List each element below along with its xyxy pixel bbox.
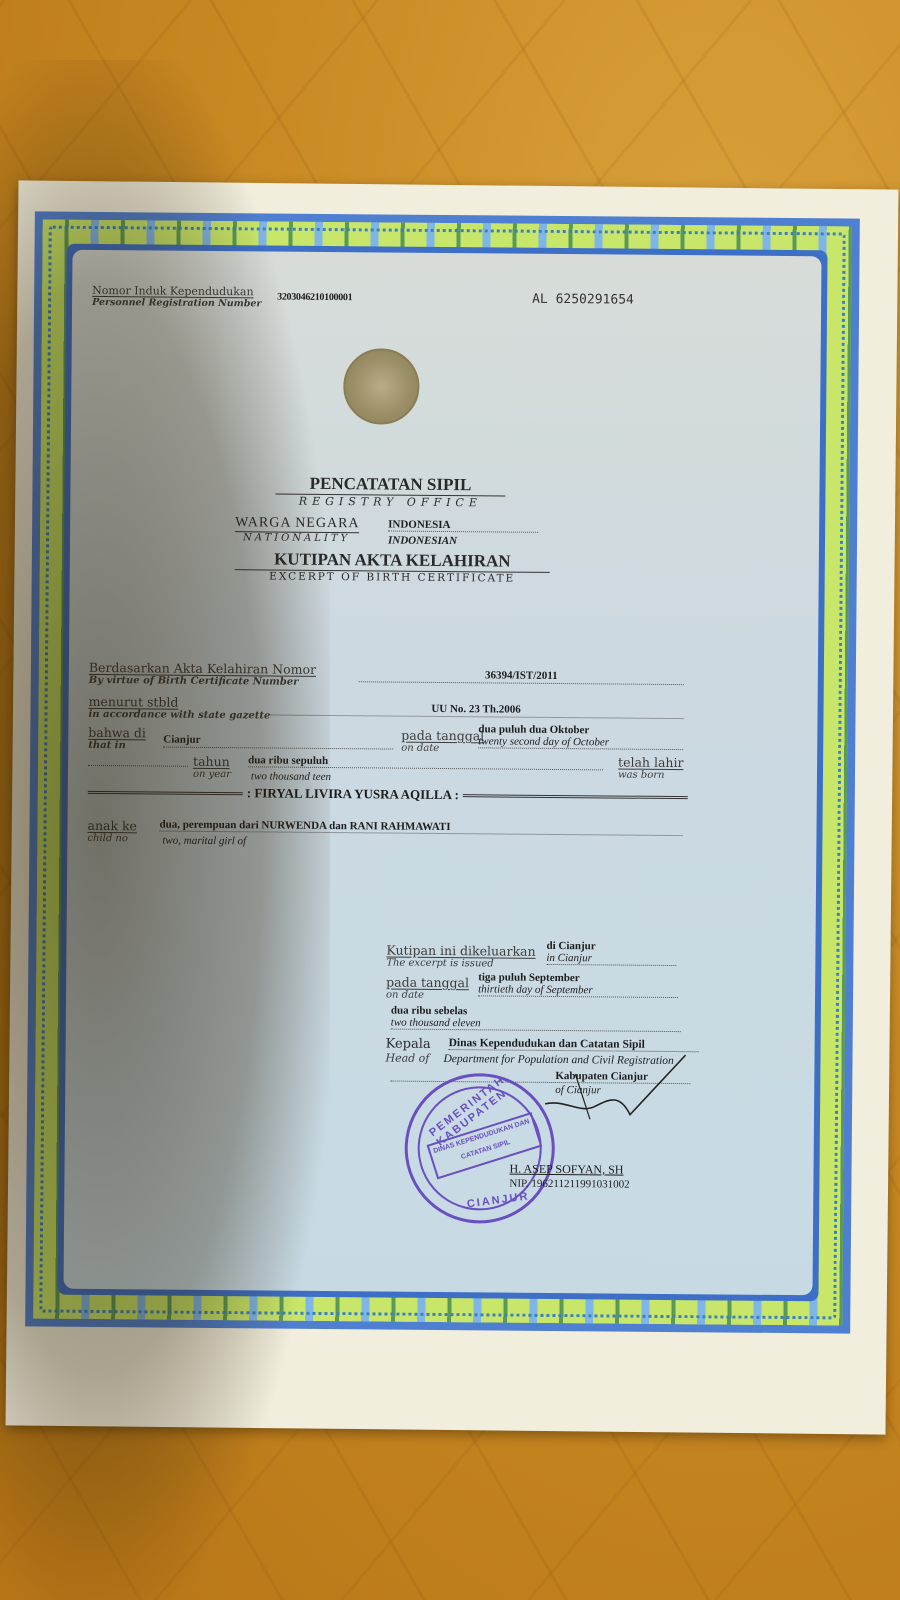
official-name: H. ASEP SOFYAN, SH <box>509 1162 623 1178</box>
issue-date-label-en: on date <box>386 990 469 1002</box>
birth-certificate: Nomor Induk Kependudukan Personnel Regis… <box>63 250 821 1295</box>
child-order-label: anak ke <box>87 818 137 833</box>
ornamental-border: Nomor Induk Kependudukan Personnel Regis… <box>33 219 852 1325</box>
certificate-border: Nomor Induk Kependudukan Personnel Regis… <box>25 211 860 1333</box>
born-label: telah lahir <box>618 755 684 771</box>
gazette-value: UU No. 23 Th.2006 <box>431 703 520 716</box>
child-order-label-en: child no <box>87 833 137 844</box>
nik-value: 3203046210100001 <box>277 292 352 304</box>
birthyear-value-en: two thousand teen <box>251 770 331 783</box>
cert-number-value: 36394/IST/2011 <box>485 669 558 682</box>
nationality-value-en: INDONESIAN <box>388 535 457 548</box>
birthplace-label-en: that in <box>88 740 146 752</box>
birthyear-label: tahun <box>193 754 231 769</box>
born-label-en: was born <box>618 770 683 782</box>
birthplace-label: bahwa di <box>88 725 146 741</box>
head-label: Kepala <box>386 1037 431 1052</box>
serial-number: AL 6250291654 <box>532 292 634 308</box>
nationality-label-en: NATIONALITY <box>235 532 359 544</box>
nationality-label: WARGA NEGARA <box>235 515 360 533</box>
gazette-label-en: in accordance with state gazette <box>88 709 270 722</box>
issued-label: Kutipan ini dikeluarkan <box>386 943 535 959</box>
document-title: KUTIPAN AKTA KELAHIRAN <box>235 549 550 573</box>
official-nip: NIP. 196211211991031002 <box>509 1178 629 1191</box>
birthyear-label-en: on year <box>193 769 231 780</box>
gazette-label: menurut stbld <box>89 694 271 711</box>
birthyear-value: dua ribu sepuluh <box>248 754 603 769</box>
garuda-emblem-icon <box>343 348 420 425</box>
office-title-en: REGISTRY OFFICE <box>275 495 505 510</box>
issued-place-en: in Cianjur <box>546 952 676 965</box>
issued-place: di Cianjur <box>546 940 676 953</box>
birthplace-value: Cianjur <box>163 734 200 746</box>
birthdate-label-en: on date <box>401 743 484 755</box>
office-title: PENCATATAN SIPIL <box>275 474 505 497</box>
head-label-en: Head of <box>385 1052 430 1065</box>
issue-year-value-en: two thousand eleven <box>391 1017 681 1032</box>
child-order-value: dua, perempuan dari NURWENDA dan RANI RA… <box>159 819 682 836</box>
issued-label-en: The excerpt is issued <box>386 958 535 970</box>
nationality-value: INDONESIA <box>388 519 538 532</box>
birthdate-value-en: twenty second day of October <box>478 735 683 749</box>
nik-label-en: Personnel Registration Number <box>92 297 261 309</box>
issue-date-label: pada tanggal <box>386 975 469 991</box>
birthdate-label: pada tanggal <box>401 728 484 744</box>
child-order-value-en: two, marital girl of <box>162 835 246 848</box>
issue-date-value-en: thirtieth day of September <box>478 983 678 997</box>
cert-number-label-en: By virtue of Birth Certificate Number <box>89 675 316 688</box>
child-name: : FIRYAL LIVIRA YUSRA AQILLA : <box>243 785 463 803</box>
signature-icon <box>535 1044 696 1145</box>
document-title-en: EXCERPT OF BIRTH CERTIFICATE <box>235 570 550 585</box>
nik-block: Nomor Induk Kependudukan Personnel Regis… <box>92 284 262 309</box>
